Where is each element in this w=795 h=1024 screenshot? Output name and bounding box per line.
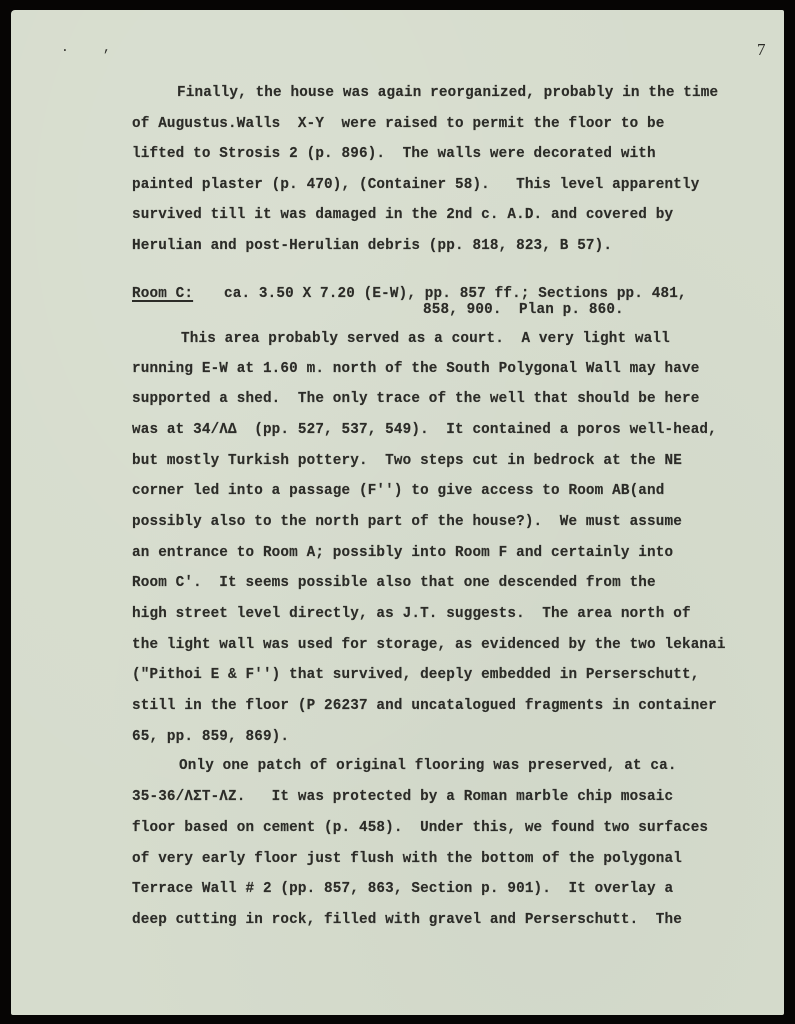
text-line: This area probably served as a court. A … <box>181 330 670 348</box>
text-line: supported a shed. The only trace of the … <box>132 390 699 408</box>
text-line: was at 34/ΛΔ (pp. 527, 537, 549). It con… <box>132 421 717 439</box>
text-line: floor based on cement (p. 458). Under th… <box>132 819 708 837</box>
text-line: the light wall was used for storage, as … <box>132 636 726 654</box>
text-line: high street level directly, as J.T. sugg… <box>132 605 691 623</box>
text-line: 65, pp. 859, 869). <box>132 728 289 746</box>
text-line: still in the floor (P 26237 and uncatalo… <box>132 697 717 715</box>
text-line: corner led into a passage (F'') to give … <box>132 482 665 500</box>
text-line: survived till it was damaged in the 2nd … <box>132 206 673 224</box>
text-line: Room C'. It seems possible also that one… <box>132 574 656 592</box>
document-page: . , 7 Finally, the house was again reorg… <box>11 10 784 1015</box>
text-line: Herulian and post-Herulian debris (pp. 8… <box>132 237 612 255</box>
page-number: 7 <box>757 40 766 60</box>
text-line: Finally, the house was again reorganized… <box>177 84 718 102</box>
text-line: deep cutting in rock, filled with gravel… <box>132 911 682 929</box>
text-line: lifted to Strosis 2 (p. 896). The walls … <box>132 145 656 163</box>
stray-mark-dot: . <box>61 40 69 55</box>
text-line: 35-36/ΛΣΤ-ΛΖ. It was protected by a Roma… <box>132 788 673 806</box>
room-details-line-2: 858, 900. Plan p. 860. <box>423 301 624 319</box>
stray-mark-comma: , <box>103 40 111 55</box>
text-line: Only one patch of original flooring was … <box>179 757 677 775</box>
text-line: Terrace Wall # 2 (pp. 857, 863, Section … <box>132 880 673 898</box>
text-line: possibly also to the north part of the h… <box>132 513 682 531</box>
text-line: an entrance to Room A; possibly into Roo… <box>132 544 673 562</box>
room-label: Room C: <box>132 285 193 303</box>
text-line: of very early floor just flush with the … <box>132 850 682 868</box>
text-line: ("Pithoi E & F'') that survived, deeply … <box>132 666 699 684</box>
text-line: of Augustus.Walls X-Y were raised to per… <box>132 115 665 133</box>
text-line: painted plaster (p. 470), (Container 58)… <box>132 176 699 194</box>
text-line: running E-W at 1.60 m. north of the Sout… <box>132 360 699 378</box>
text-line: but mostly Turkish pottery. Two steps cu… <box>132 452 682 470</box>
